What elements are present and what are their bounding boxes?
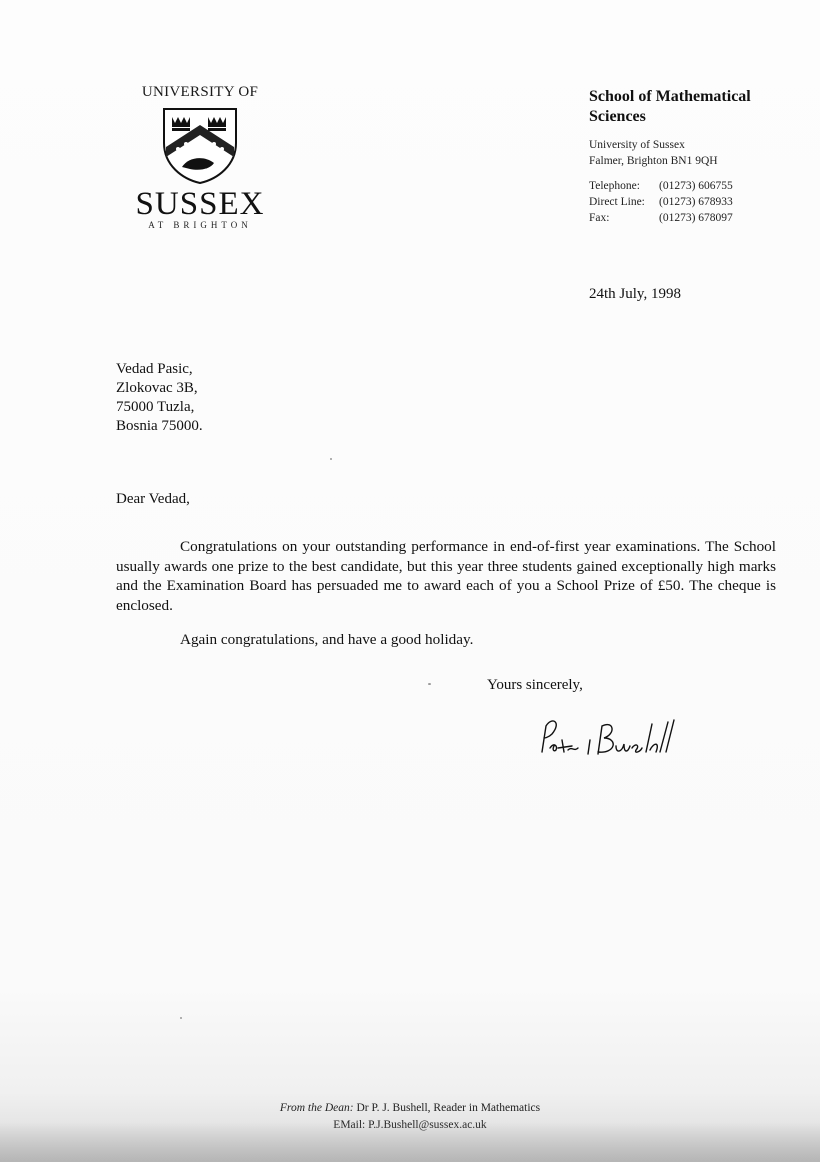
contact-direct-line: Direct Line: (01273) 678933 [589, 194, 809, 210]
footer-dean-line: From the Dean: Dr P. J. Bushell, Reader … [0, 1100, 820, 1117]
contact-value: (01273) 678933 [659, 194, 733, 210]
university-crest-icon [160, 107, 240, 185]
contact-list: Telephone: (01273) 606755 Direct Line: (… [589, 178, 809, 226]
logo-university-of: UNIVERSITY OF [130, 84, 270, 101]
recipient-line: 75000 Tuzla, [116, 398, 203, 417]
footer-dean-label: From the Dean: [280, 1102, 354, 1114]
handwritten-signature-icon [538, 712, 678, 762]
contact-label: Direct Line: [589, 194, 659, 210]
footer-dean-name: Dr P. J. Bushell, Reader in Mathematics [354, 1102, 541, 1114]
school-address: University of Sussex Falmer, Brighton BN… [589, 137, 809, 169]
logo-sussex: SUSSEX [130, 187, 270, 221]
contact-value: (01273) 678097 [659, 210, 733, 226]
letter-body: Congratulations on your outstanding perf… [116, 537, 776, 650]
address-line: Falmer, Brighton BN1 9QH [589, 153, 809, 169]
closing: Yours sincerely, [487, 677, 583, 694]
scan-speck [428, 683, 431, 685]
university-logo: UNIVERSITY OF SUSSEX AT BRIGHTON [130, 84, 270, 230]
contact-label: Telephone: [589, 178, 659, 194]
school-name-line1: School of Mathematical [589, 87, 809, 107]
scan-edge-shadow [0, 1122, 820, 1162]
logo-at-brighton: AT BRIGHTON [130, 220, 270, 230]
body-paragraph: Congratulations on your outstanding perf… [116, 537, 776, 615]
letter-page: UNIVERSITY OF SUSSEX AT BRIGHTON School … [0, 0, 820, 1162]
recipient-line: Zlokovac 3B, [116, 379, 203, 398]
address-line: University of Sussex [589, 137, 809, 153]
school-name: School of Mathematical Sciences [589, 87, 809, 127]
letter-date: 24th July, 1998 [589, 286, 681, 303]
recipient-address: Vedad Pasic, Zlokovac 3B, 75000 Tuzla, B… [116, 360, 203, 436]
contact-fax: Fax: (01273) 678097 [589, 210, 809, 226]
contact-telephone: Telephone: (01273) 606755 [589, 178, 809, 194]
salutation: Dear Vedad, [116, 491, 190, 508]
scan-speck [330, 458, 332, 460]
contact-value: (01273) 606755 [659, 178, 733, 194]
contact-label: Fax: [589, 210, 659, 226]
recipient-line: Vedad Pasic, [116, 360, 203, 379]
recipient-line: Bosnia 75000. [116, 417, 203, 436]
school-name-line2: Sciences [589, 107, 809, 127]
scan-speck [180, 1017, 182, 1019]
school-address-block: School of Mathematical Sciences Universi… [589, 87, 809, 226]
body-paragraph: Again congratulations, and have a good h… [116, 630, 776, 650]
